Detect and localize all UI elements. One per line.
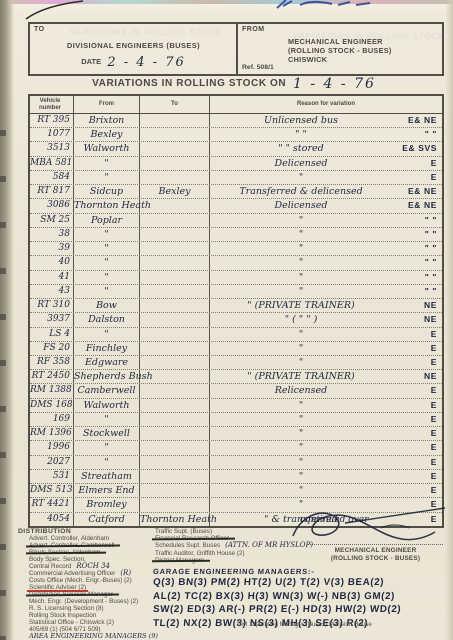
reference-number: Ref. 508/1 [242, 64, 274, 71]
column-header-reason: Reason for variation [210, 96, 442, 113]
from-address-line: (ROLLING STOCK - BUSES) [288, 46, 392, 55]
variation-code: E [431, 342, 437, 355]
to-garage-cell: Bexley [140, 185, 210, 198]
to-recipient: DIVISIONAL ENGINEERS (BUSES) [30, 41, 237, 50]
distribution-item-text: Central Record [29, 563, 71, 570]
distribution-item-note: (R) [120, 569, 131, 577]
reason-text: " [218, 271, 384, 284]
to-garage-cell [140, 299, 210, 312]
variation-code: E [431, 157, 437, 170]
table-row: 43 " " " " [30, 285, 442, 299]
from-garage-cell: " [74, 242, 140, 255]
reason-cell: " E [210, 456, 442, 469]
distribution-item-text: Blinds Section, Aldenham [29, 549, 100, 556]
reason-cell: " (PRIVATE TRAINER) NE [210, 299, 442, 312]
reason-text: " [218, 285, 384, 298]
from-garage-cell: Camberwell [74, 384, 140, 397]
from-garage-cell: Catford [74, 513, 140, 526]
variation-code: E& NE [408, 199, 437, 212]
footer-recipient: Divl. Operating Manager (Buses) Mansion … [237, 621, 372, 628]
to-garage-cell [140, 427, 210, 440]
reason-text: Delicensed [218, 199, 384, 212]
variation-code: E [431, 456, 437, 469]
table-row: FS 20 Finchley " E [30, 342, 442, 356]
variation-code: E [431, 484, 437, 497]
reason-text: " (PRIVATE TRAINER) [218, 299, 384, 312]
variation-code: E [431, 470, 437, 483]
reason-cell: Transferred & delicensed E& NE [210, 185, 442, 198]
from-garage-cell: Walworth [74, 142, 140, 155]
to-garage-cell [140, 256, 210, 269]
reason-text: " " [218, 128, 384, 141]
table-row: MBA 581 " Delicensed E [30, 157, 442, 171]
table-row: 2027 " " E [30, 456, 442, 470]
vehicle-number-cell: 531 [30, 470, 74, 483]
form-title-text: VARIATIONS IN ROLLING STOCK ON [92, 78, 286, 89]
distribution-item: Central RecordROCH 34 [29, 563, 163, 570]
from-garage-cell: Bexley [74, 128, 140, 141]
to-garage-cell [140, 242, 210, 255]
reason-cell: " E [210, 441, 442, 454]
column-header-to: To [140, 96, 210, 113]
variation-code: E& NE [408, 185, 437, 198]
garage-managers-line: Q(3) BN(3) PM(2) HT(2) U(2) T(2) V(3) BE… [153, 576, 450, 590]
vehicle-number-cell: RT 2450 [30, 370, 74, 383]
distribution-heading: DISTRIBUTION [18, 528, 163, 535]
vehicle-number-cell: 4054 [30, 513, 74, 526]
variation-code: E& NE [408, 114, 437, 127]
reason-cell: " " " [210, 242, 442, 255]
reason-text: Relicensed [218, 384, 384, 397]
reason-text: " [218, 441, 384, 454]
table-row: RT 2450 Shepherds Bush " (PRIVATE TRAINE… [30, 370, 442, 384]
table-row: RF 358 Edgware " E [30, 356, 442, 370]
table-row: 584 " " E [30, 171, 442, 185]
vehicle-number-cell: LS 4 [30, 328, 74, 341]
vehicle-number-cell: DMS 168 [30, 399, 74, 412]
from-garage-cell: Poplar [74, 214, 140, 227]
reason-cell: " E [210, 328, 442, 341]
reason-cell: " " " [210, 271, 442, 284]
distribution-item: Mech. Engr. (Development - Buses) (2) [29, 598, 163, 605]
table-row: 39 " " " " [30, 242, 442, 256]
reason-text: Unlicensed bus [218, 114, 384, 127]
from-garage-cell: " [74, 256, 140, 269]
to-garage-cell [140, 228, 210, 241]
variation-code: E [431, 171, 437, 184]
distribution-item: Costs Office (Mech. Engr.-Buses) (2) [29, 577, 163, 584]
reason-cell: " " stored E& SVS [210, 142, 442, 155]
distribution-middle-items: Traffic Supt. (Buses) Financial Research… [155, 528, 315, 564]
reason-text: " [218, 456, 384, 469]
distribution-item-text: Scientific Adviser (2) [29, 584, 86, 591]
vehicle-number-cell: 3086 [30, 199, 74, 212]
reason-text: " [218, 356, 384, 369]
variation-code: " " [425, 228, 437, 241]
reason-cell: " E [210, 470, 442, 483]
to-garage-cell [140, 413, 210, 426]
to-garage-cell [140, 441, 210, 454]
table-body: RT 395 Brixton Unlicensed bus E& NE 1077… [30, 114, 442, 526]
reason-text: " [218, 242, 384, 255]
to-garage-cell [140, 342, 210, 355]
vehicle-number-cell: 3937 [30, 313, 74, 326]
reason-text: " [218, 171, 384, 184]
table-row: RT 817 Sidcup Bexley Transferred & delic… [30, 185, 442, 199]
vehicle-number-cell: 3513 [30, 142, 74, 155]
vehicle-number-cell: FS 20 [30, 342, 74, 355]
to-garage-cell [140, 470, 210, 483]
vehicle-number-cell: 40 [30, 256, 74, 269]
to-garage-cell [140, 199, 210, 212]
distribution-item: Advert. Controller, Camberwell [29, 542, 163, 549]
reason-cell: Unlicensed bus E& NE [210, 114, 442, 127]
table-row: DMS 513 Elmers End " E [30, 484, 442, 498]
to-garage-cell [140, 214, 210, 227]
form-title: VARIATIONS IN ROLLING STOCK ON 1 - 4 - 7… [28, 76, 440, 92]
distribution-item: District Managers [155, 557, 315, 564]
reason-text: " ( " " ) [218, 313, 384, 326]
vehicle-number-cell: DMS 513 [30, 484, 74, 497]
distribution-item-text: Advert. Controller, Aldenham [29, 535, 109, 542]
vehicle-number-cell: SM 25 [30, 214, 74, 227]
variation-code: E& SVS [402, 142, 437, 155]
reason-text: " [218, 256, 384, 269]
from-garage-cell: " [74, 171, 140, 184]
date-label: DATE [81, 57, 101, 66]
vehicle-number-cell: 41 [30, 271, 74, 284]
reason-cell: " " " " [210, 128, 442, 141]
reason-cell: " E [210, 356, 442, 369]
reason-cell: " (PRIVATE TRAINER) NE [210, 370, 442, 383]
vehicle-number-cell: 584 [30, 171, 74, 184]
table-row: 531 Streatham " E [30, 470, 442, 484]
table-row: 1996 " " E [30, 441, 442, 455]
table-row: RT 395 Brixton Unlicensed bus E& NE [30, 114, 442, 128]
distribution-item-note: (ATTN. OF MR HYSLOP) [225, 541, 313, 549]
reason-cell: Delicensed E [210, 157, 442, 170]
distribution-item: R. S. Licensing Section (8) [29, 605, 163, 612]
distribution-item-text: Financial Research Officer [155, 535, 229, 542]
to-garage-cell [140, 142, 210, 155]
table-row: RM 1396 Stockwell " E [30, 427, 442, 441]
vehicle-number-cell: RM 1396 [30, 427, 74, 440]
from-garage-cell: " [74, 228, 140, 241]
reason-text: " [218, 228, 384, 241]
variation-code: " " [425, 271, 437, 284]
distribution-item-text: Distribution Services Manager [29, 591, 113, 598]
vehicle-number-cell: 2027 [30, 456, 74, 469]
reason-text: " [218, 413, 384, 426]
pen-stroke-top-left [8, 0, 88, 20]
pen-note-top-right [272, 0, 382, 12]
table-row: 3086 Thornton Heath Delicensed E& NE [30, 199, 442, 213]
vehicle-number-cell: 43 [30, 285, 74, 298]
form-title-date-handwritten: 1 - 4 - 76 [293, 76, 376, 92]
reason-text: " [218, 328, 384, 341]
table-row: RT 310 Bow " (PRIVATE TRAINER) NE [30, 299, 442, 313]
to-garage-cell: Thornton Heath [140, 513, 210, 526]
reason-text: " [218, 484, 384, 497]
distribution-item: Traffic Auditor, Griffith House (2) [155, 550, 315, 557]
variation-code: E [431, 427, 437, 440]
table-row: 38 " " " " [30, 228, 442, 242]
to-garage-cell [140, 498, 210, 511]
reason-cell: " E [210, 413, 442, 426]
vehicle-number-cell: 39 [30, 242, 74, 255]
table-row: 3937 Dalston " ( " " ) NE [30, 313, 442, 327]
from-address-lines: MECHANICAL ENGINEER(ROLLING STOCK - BUSE… [288, 37, 392, 64]
to-garage-cell [140, 456, 210, 469]
to-garage-cell [140, 384, 210, 397]
vehicle-number-cell: 1996 [30, 441, 74, 454]
from-garage-cell: " [74, 157, 140, 170]
reason-cell: " " " [210, 256, 442, 269]
from-garage-cell: Sidcup [74, 185, 140, 198]
reason-cell: " ( " " ) NE [210, 313, 442, 326]
reason-text: " [218, 470, 384, 483]
from-address-box: VARIATIONS IN ROLLING STOCK FROM MECHANI… [236, 22, 444, 76]
signatory-title-line: (ROLLING STOCK - BUSES) [308, 555, 443, 563]
variation-code: E [431, 399, 437, 412]
reason-cell: " E [210, 342, 442, 355]
column-header-from: From [74, 96, 140, 113]
distribution-item: Advert. Controller, Aldenham [29, 535, 163, 542]
reason-cell: " " " [210, 214, 442, 227]
variation-code: NE [424, 313, 437, 326]
reason-text: " [218, 427, 384, 440]
reason-cell: " E [210, 427, 442, 440]
distribution-item: Distribution Services Manager [29, 591, 163, 598]
distribution-item-text: Statistical Office - Chiswick (2) [29, 619, 114, 626]
variation-code: E [431, 356, 437, 369]
variation-code: E [431, 413, 437, 426]
variation-code: E [431, 328, 437, 341]
reason-text: " (PRIVATE TRAINER) [218, 370, 384, 383]
reason-text: " " stored [218, 142, 384, 155]
bleed-through-text: VARIATIONS IN ROLLING STOCK [70, 28, 222, 37]
from-garage-cell: Stockwell [74, 427, 140, 440]
reason-text: " [218, 214, 384, 227]
variation-code: NE [424, 299, 437, 312]
garage-managers-line: AL(2) TC(2) BX(3) H(3) WN(3) W(-) NB(3) … [153, 590, 450, 604]
reason-cell: " E [210, 399, 442, 412]
vehicle-number-cell: RF 358 [30, 356, 74, 369]
variation-code: " " [425, 242, 437, 255]
variation-code: " " [425, 256, 437, 269]
distribution-item: Blinds Section, Aldenham [29, 549, 163, 556]
vehicle-number-cell: 38 [30, 228, 74, 241]
from-label: FROM [242, 26, 265, 33]
table-row: 1077 Bexley " " " " [30, 128, 442, 142]
from-garage-cell: Brixton [74, 114, 140, 127]
column-header-vehicle-number: Vehicle number [30, 96, 74, 113]
table-row: RM 1388 Camberwell Relicensed E [30, 384, 442, 398]
date-value-handwritten: 2 - 4 - 76 [107, 55, 185, 70]
from-garage-cell: Elmers End [74, 484, 140, 497]
from-garage-cell: " [74, 328, 140, 341]
table-row: 3513 Walworth " " stored E& SVS [30, 142, 442, 156]
from-garage-cell: Finchley [74, 342, 140, 355]
reason-cell: Relicensed E [210, 384, 442, 397]
from-address-line: MECHANICAL ENGINEER [288, 37, 392, 46]
variation-code: " " [425, 128, 437, 141]
from-garage-cell: Thornton Heath [74, 199, 140, 212]
to-garage-cell [140, 313, 210, 326]
vehicle-number-cell: RT 395 [30, 114, 74, 127]
variation-code: " " [425, 214, 437, 227]
table-row: LS 4 " " E [30, 328, 442, 342]
from-garage-cell: Shepherds Bush [74, 370, 140, 383]
garage-managers-line: SW(2) ED(3) AR(-) PR(2) E(-) HD(3) HW(2)… [153, 603, 450, 617]
reason-cell: " E [210, 171, 442, 184]
variations-table: Vehicle number From To Reason for variat… [28, 94, 444, 528]
table-row: 41 " " " " [30, 271, 442, 285]
vehicle-number-cell: 1077 [30, 128, 74, 141]
to-garage-cell [140, 114, 210, 127]
to-garage-cell [140, 128, 210, 141]
distribution-item: Schedules Supt. Buses(ATTN. OF MR HYSLOP… [155, 542, 315, 549]
variation-code: " " [425, 285, 437, 298]
distribution-left-items: Advert. Controller, Aldenham Advert. Con… [18, 535, 163, 640]
distribution-item-text: Costs Office (Mech. Engr.-Buses) (2) [29, 577, 132, 584]
table-row: 169 " " E [30, 413, 442, 427]
distribution-item: AREA ENGINEERING MANAGERS (9) [29, 633, 163, 640]
to-garage-cell [140, 399, 210, 412]
table-row: SM 25 Poplar " " " [30, 214, 442, 228]
from-garage-cell: " [74, 271, 140, 284]
reason-cell: " " " [210, 285, 442, 298]
reason-text: " [218, 342, 384, 355]
distribution-item: Rolling Stock Inspection [29, 612, 163, 619]
reason-cell: Delicensed E& NE [210, 199, 442, 212]
distribution-item-note: ROCH 34 [76, 562, 110, 570]
signatory-title-line: MECHANICAL ENGINEER [308, 547, 443, 555]
vehicle-number-cell: 169 [30, 413, 74, 426]
variation-code: E [431, 441, 437, 454]
from-garage-cell: " [74, 456, 140, 469]
from-garage-cell: Walworth [74, 399, 140, 412]
reason-cell: " " " [210, 228, 442, 241]
to-garage-cell [140, 157, 210, 170]
table-row: 40 " " " " [30, 256, 442, 270]
to-garage-cell [140, 171, 210, 184]
table-header-row: Vehicle number From To Reason for variat… [30, 96, 442, 114]
to-garage-cell [140, 484, 210, 497]
reason-text: " [218, 399, 384, 412]
vehicle-number-cell: MBA 581 [30, 157, 74, 170]
distribution-item-text: Mech. Engr. (Development - Buses) (2) [29, 598, 138, 605]
reason-cell: " E [210, 484, 442, 497]
to-garage-cell [140, 356, 210, 369]
vehicle-number-cell: RT 817 [30, 185, 74, 198]
variation-code: NE [424, 370, 437, 383]
from-garage-cell: " [74, 413, 140, 426]
binding-marks [0, 90, 6, 640]
vehicle-number-cell: RT 310 [30, 299, 74, 312]
reason-text: Transferred & delicensed [218, 185, 384, 198]
from-garage-cell: " [74, 285, 140, 298]
from-garage-cell: Bromley [74, 498, 140, 511]
from-garage-cell: Bow [74, 299, 140, 312]
from-garage-cell: " [74, 441, 140, 454]
reason-text: Delicensed [218, 157, 384, 170]
to-garage-cell [140, 271, 210, 284]
to-garage-cell [140, 370, 210, 383]
to-label: TO [34, 26, 45, 33]
scanned-document-page: VARIATIONS IN ROLLING STOCK TO DIVISIONA… [0, 0, 453, 640]
distribution-item-text: Advert. Controller, Camberwell [29, 542, 114, 549]
to-garage-cell [140, 285, 210, 298]
date-line: DATE 2 - 4 - 76 [30, 55, 237, 70]
distribution-item: Statistical Office - Chiswick (2) [29, 619, 163, 626]
vehicle-number-cell: RM 1388 [30, 384, 74, 397]
distribution-item-text: Traffic Auditor, Griffith House (2) [155, 550, 244, 557]
distribution-item-text: Schedules Supt. Buses [155, 542, 220, 549]
signatory-title-block: MECHANICAL ENGINEER(ROLLING STOCK - BUSE… [308, 544, 443, 563]
distribution-item-text: District Managers [155, 557, 204, 564]
distribution-item-text: R. S. Licensing Section (8) [29, 605, 104, 612]
distribution-item: Scientific Adviser (2) [29, 584, 163, 591]
distribution-item-text: AREA ENGINEERING MANAGERS (9) [29, 633, 158, 640]
distribution-item-text: Commercial Advertising Officer [29, 570, 115, 577]
distribution-item: Commercial Advertising Officer(R) [29, 570, 163, 577]
to-garage-cell [140, 328, 210, 341]
distribution-item: Traffic Supt. (Buses) [155, 528, 315, 535]
garage-managers-heading: GARAGE ENGINEERING MANAGERS:- [153, 567, 450, 576]
from-garage-cell: Dalston [74, 313, 140, 326]
vehicle-number-cell: RT 4421 [30, 498, 74, 511]
from-address-line: CHISWICK [288, 55, 392, 64]
from-garage-cell: Streatham [74, 470, 140, 483]
table-row: DMS 168 Walworth " E [30, 399, 442, 413]
distribution-list: DISTRIBUTION Advert. Controller, Aldenha… [18, 528, 163, 640]
from-garage-cell: Edgware [74, 356, 140, 369]
variation-code: E [431, 384, 437, 397]
distribution-item-text: Rolling Stock Inspection [29, 612, 96, 619]
distribution-item-text: Traffic Supt. (Buses) [155, 528, 212, 535]
to-address-box: VARIATIONS IN ROLLING STOCK TO DIVISIONA… [28, 22, 238, 76]
